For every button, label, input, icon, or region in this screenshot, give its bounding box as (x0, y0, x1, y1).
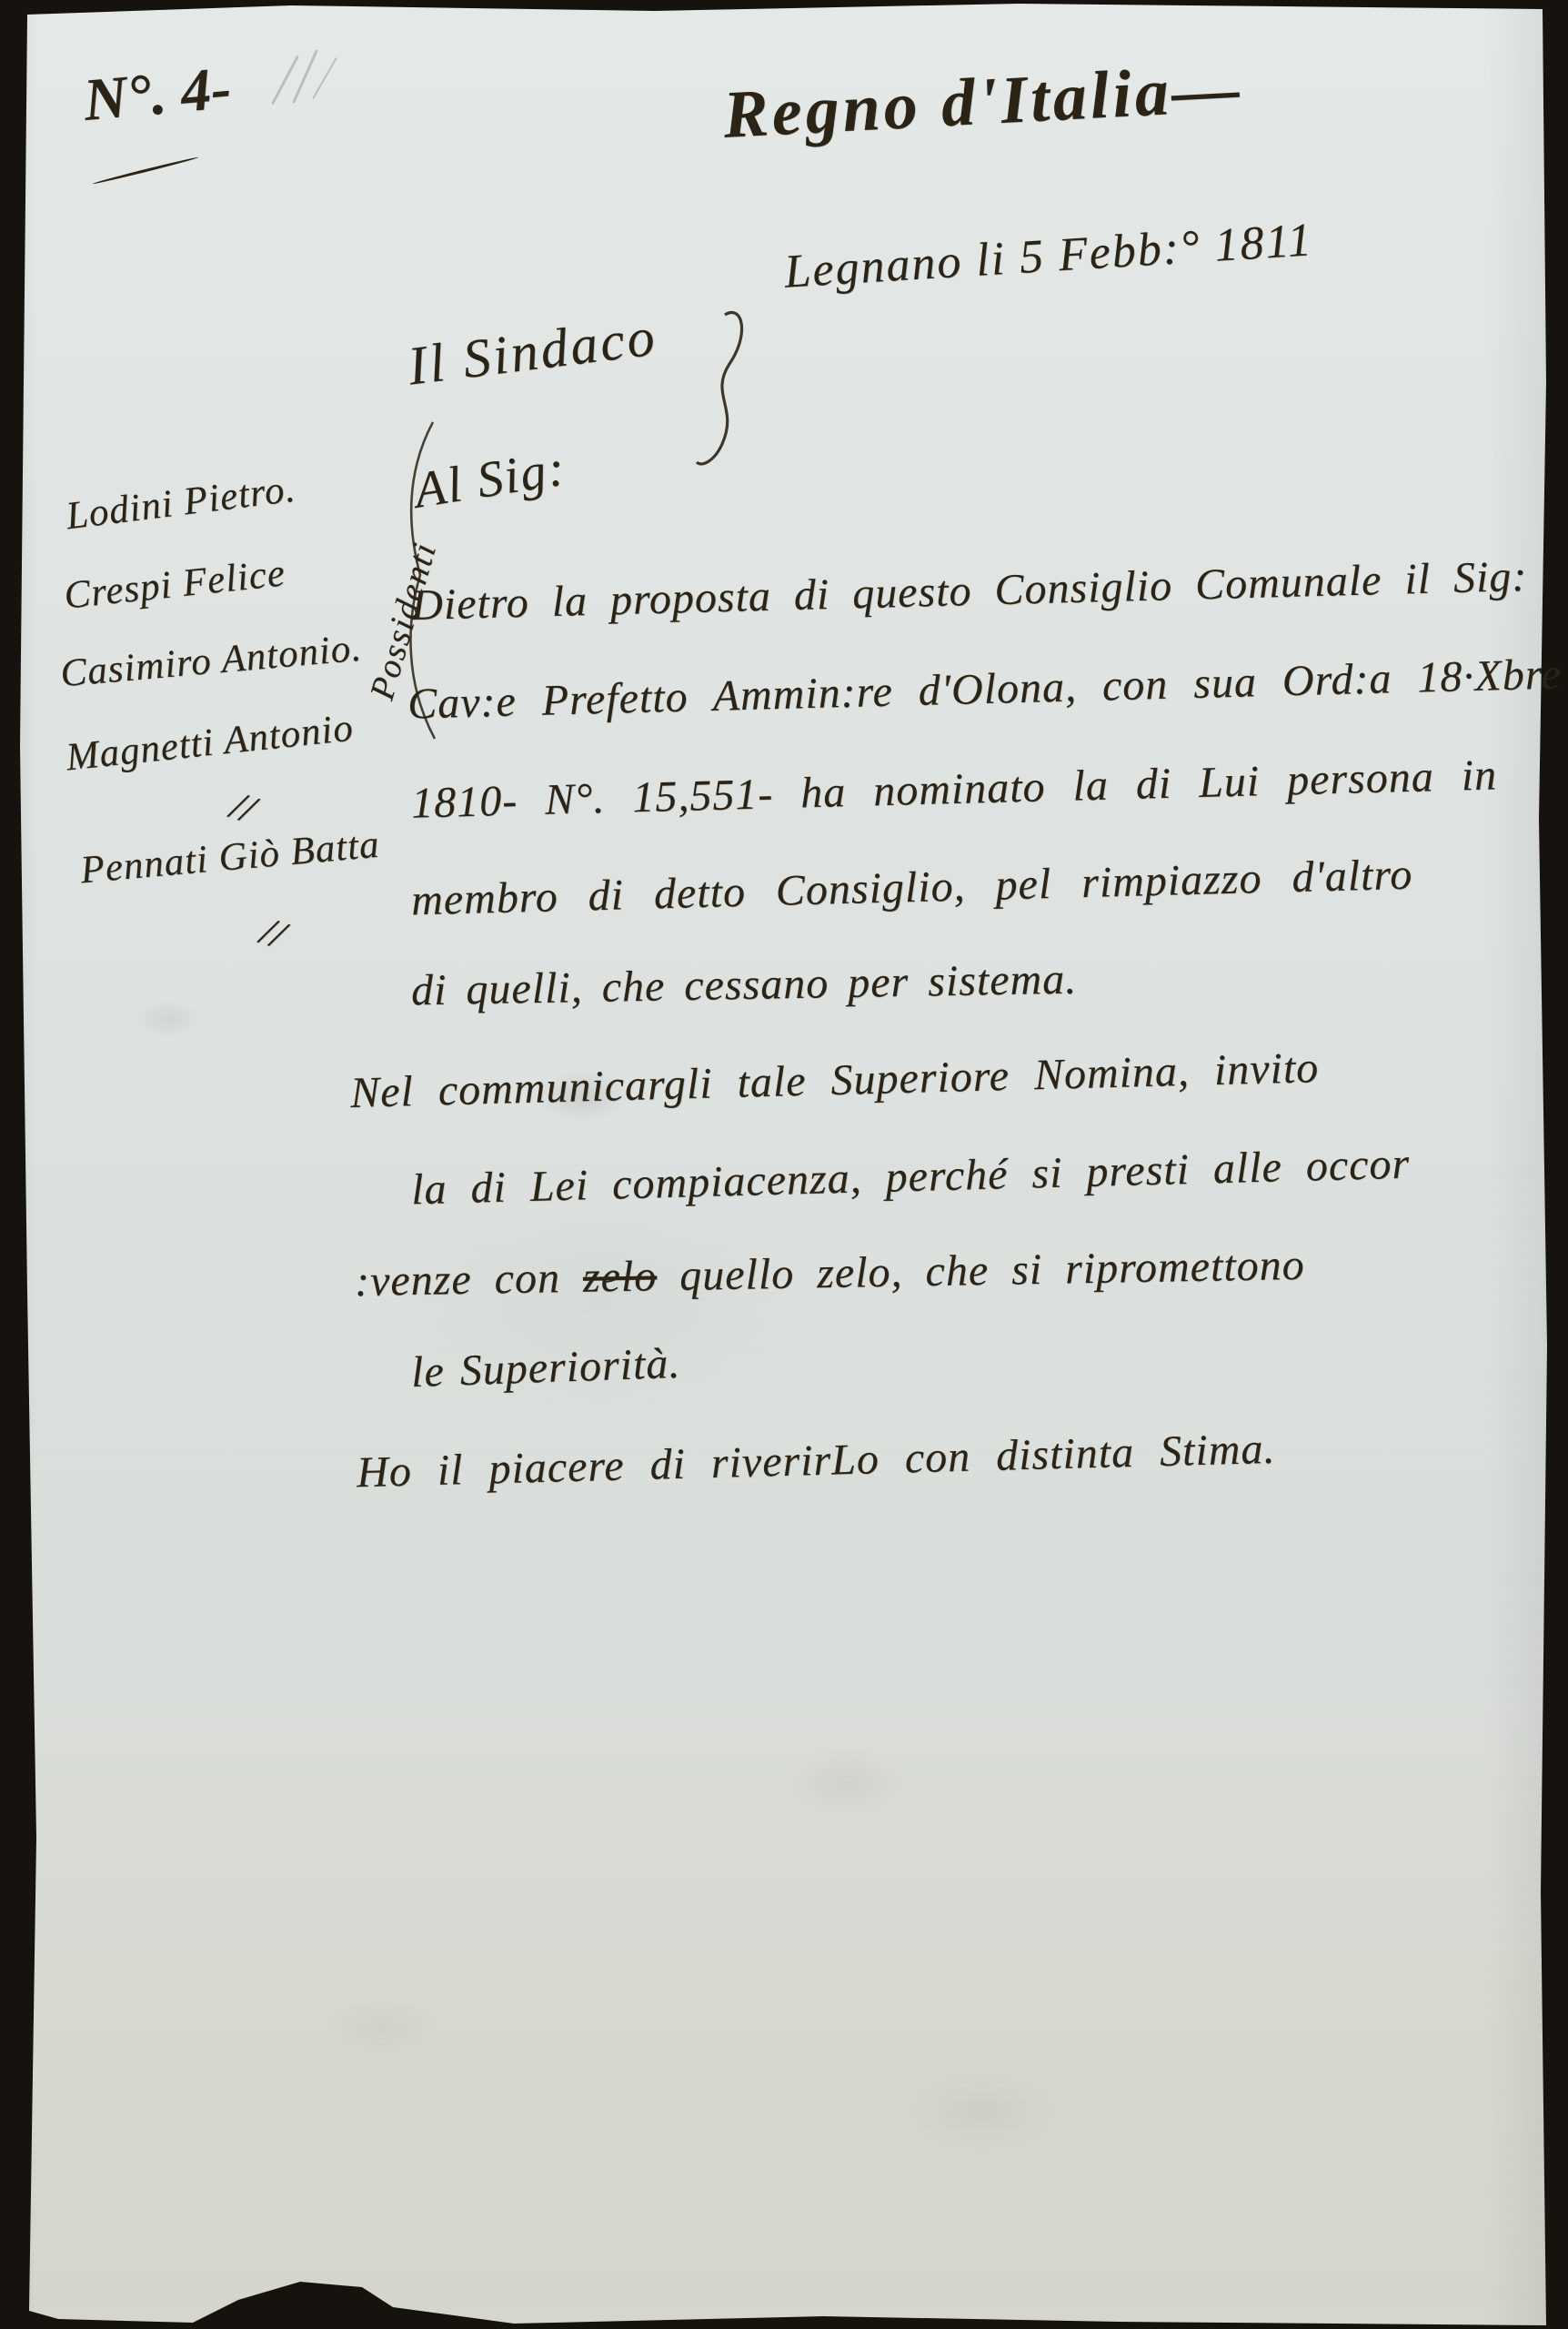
body-line: le Superiorità. (410, 1338, 681, 1397)
pen-flourish (675, 308, 757, 471)
paper-grain-texture (27, 1164, 1542, 2311)
struck-out-word: zelo (582, 1252, 657, 1301)
body-line-segment: :venze con (355, 1254, 561, 1306)
scanned-letter-page: N°. 4- Regno d'Italia— Legnano li 5 Febb… (0, 0, 1568, 2329)
body-line-segment: quello zelo, che si ripromettono (679, 1241, 1305, 1300)
folio-number: N°. 4- (81, 54, 234, 136)
